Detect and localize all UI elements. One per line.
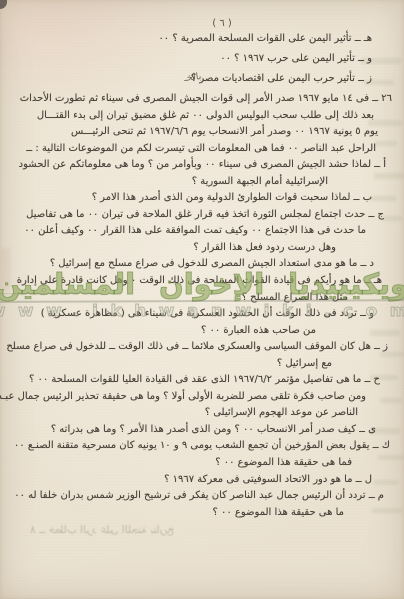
document-line: ز ــ هل كان الموقف السياسى والعسكرى ملائ… — [0, 341, 404, 358]
document-line: و ــ تأثير اليمن على حرب ١٩٦٧ ؟ ٠٠ — [0, 53, 404, 73]
document-line: يوم ٥ يونية ١٩٦٧ ٠٠ وصدر أمر الانسحاب يو… — [0, 126, 404, 143]
document-line: الناصر عن موعد الهجوم الإسرائيلى ؟ — [0, 407, 404, 424]
document-line: د ــ ما هو مدى استعداد الجيش المصرى للدخ… — [0, 258, 404, 275]
document-line: مع إسرائيل ؟ — [0, 358, 404, 375]
document-line: ز ــ تأثير حرب اليمن على اقتصاديات مصر ؟ — [0, 73, 404, 93]
bleedthrough-text: ٨ ــ خطاب الرد على اللجنة بتاريخ — [30, 524, 342, 536]
document-line: الراحل عبد الناصر ٠٠ فما هى المعلومات ال… — [0, 143, 404, 160]
document-line: هـ ــ تأثير اليمن على القوات المسلحة الم… — [0, 33, 404, 53]
document-line: ب ــ لماذا سحبت قوات الطوارئ الدولية ومن… — [0, 192, 404, 209]
document-line: ك ــ يقول بعض المؤرخين أن تجمع الشعب يوم… — [0, 440, 404, 457]
document-line: ومن صاحب فكرة تلقى مصر للضربة الأولى أول… — [0, 391, 404, 408]
question-list: هـ ــ تأثير اليمن على القوات المسلحة الم… — [0, 33, 404, 523]
document-line: ى ــ كيف صدر أمر الانسحاب ٠٠ ؟ ومن الذى … — [0, 424, 404, 441]
document-line: ما حدث فى هذا الاجتماع ٠٠ وكيف تمت الموا… — [0, 225, 404, 242]
document-line: بعد ذلك إلى طلب سحب البوليس الدولى ٠٠ ثم… — [0, 110, 404, 127]
page-number: ( ٦ ) — [40, 18, 404, 29]
document-line: ما هى حقيقة هذا الموضوع ٠٠ ؟ — [0, 507, 404, 524]
document-line: الإسرائيلية أمام الجبهة السورية ؟ — [0, 176, 404, 193]
document-line: وهل درست ردود فعل هذا القرار ؟ — [0, 242, 404, 259]
document-line: ح ــ ما هى تفاصيل مؤتمر ١٩٦٧/٦/٢ الذى عق… — [0, 374, 404, 391]
document-line: ل ــ ما هو دور الاتحاد السوفيتى فى معركة… — [0, 474, 404, 491]
document-line: م ــ تردد أن الرئيس جمال عبد الناصر كان … — [0, 490, 404, 507]
document-line: فما هى حقيقة هذا الموضوع ٠٠ ؟ — [0, 457, 404, 474]
document-line: ٢٦ ــ فى ١٤ مايو ١٩٦٧ صدر الأمر إلى قوات… — [0, 93, 404, 110]
document-line: ج ــ حدث اجتماع لمجلس الثورة اتخذ فيه قر… — [0, 209, 404, 226]
document-line: و ــ تردد فى ذلك الوقت أن الحشود العسكري… — [0, 308, 404, 325]
document-line: أ ــ لماذا حشد الجيش المصرى فى سيناء ٠٠ … — [0, 159, 404, 176]
scanned-page: ( ٦ ) بالخـ هـ ــ تأثير اليمن على القوات… — [0, 0, 404, 599]
scan-corner-artifact — [0, 0, 7, 9]
document-line: من صاحب هذه العبارة ٠٠ ؟ — [0, 325, 404, 342]
document-line: هـ ــ ما هو رأيكم فى قيادة القوات المسلح… — [0, 275, 404, 292]
